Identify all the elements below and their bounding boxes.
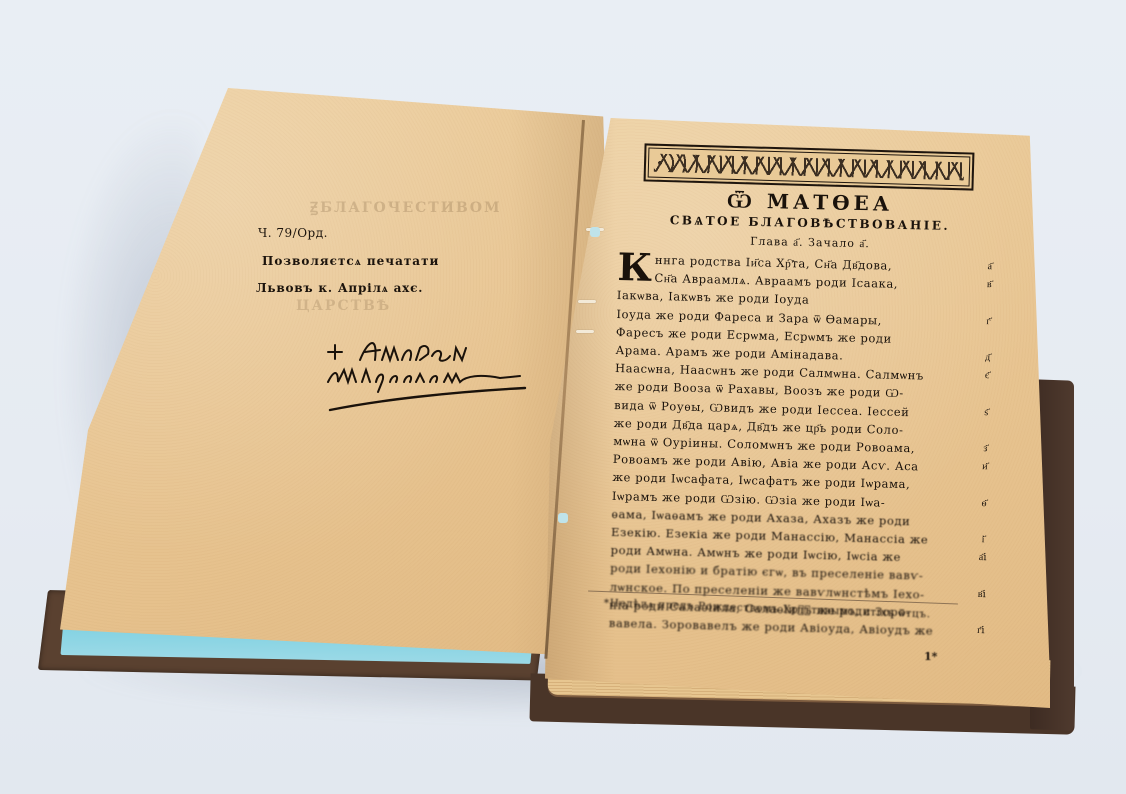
handwritten-signature: + Андрей Мироновичъ — [320, 330, 540, 420]
verse-numeral — [976, 385, 996, 404]
imprimatur-date: Львовъ к. Апрілѧ ахє. — [256, 281, 423, 296]
verse-numeral: в҃і — [972, 586, 992, 605]
verse-numeral — [972, 567, 992, 586]
binding-stitch — [576, 330, 594, 333]
binding-thread-tuft — [558, 513, 568, 523]
verse-numeral — [979, 294, 999, 313]
verse-numeral: г҃і — [971, 622, 991, 641]
ornament-vine-pattern — [654, 154, 964, 181]
verse-numeral: ѕ҃ — [976, 404, 996, 423]
binding-thread-tuft — [590, 227, 600, 237]
verse-numeral — [971, 604, 991, 623]
verse-numeral — [973, 513, 993, 532]
censor-reference-number: Ч. 79/Орд. — [258, 226, 328, 240]
verse-numeral: в҃ — [979, 276, 999, 295]
verse-numeral — [976, 422, 996, 441]
verse-numeral: є҃ — [977, 367, 997, 386]
verse-numeral: а҃і — [972, 549, 992, 568]
verse-numeral: и҃ — [975, 458, 995, 477]
drop-capital: К — [617, 250, 653, 285]
verse-numeral — [974, 476, 994, 495]
imprimatur-line: Позволяєтсѧ печатати — [262, 254, 439, 269]
verse-numeral: д҃ — [977, 349, 997, 368]
show-through-text: ꙂБЛАГОЧЕСТИВОМ — [310, 198, 501, 217]
binding-stitch — [578, 300, 596, 303]
page-number: 1* — [924, 650, 937, 663]
verse-numeral — [978, 331, 998, 350]
gospel-title: Ѿ МАТѲЕА — [690, 187, 930, 217]
verse-numeral: з҃ — [975, 440, 995, 459]
verse-numeral: ѳ҃ — [974, 495, 994, 514]
show-through-text: ЦАРСТВѢ — [296, 298, 391, 314]
gospel-text-block: К ннга родства Іи҃са Хр҇та, Сн҃а Дв҃дова… — [609, 250, 968, 641]
photo-scene: ꙂБЛАГОЧЕСТИВОМ ЦАРСТВѢ Ч. 79/Орд. Позвол… — [0, 0, 1126, 794]
verse-numeral: г҃ — [978, 313, 998, 332]
verse-numeral: і҃ — [973, 531, 993, 550]
verse-numeral: а҃ — [980, 258, 1000, 277]
